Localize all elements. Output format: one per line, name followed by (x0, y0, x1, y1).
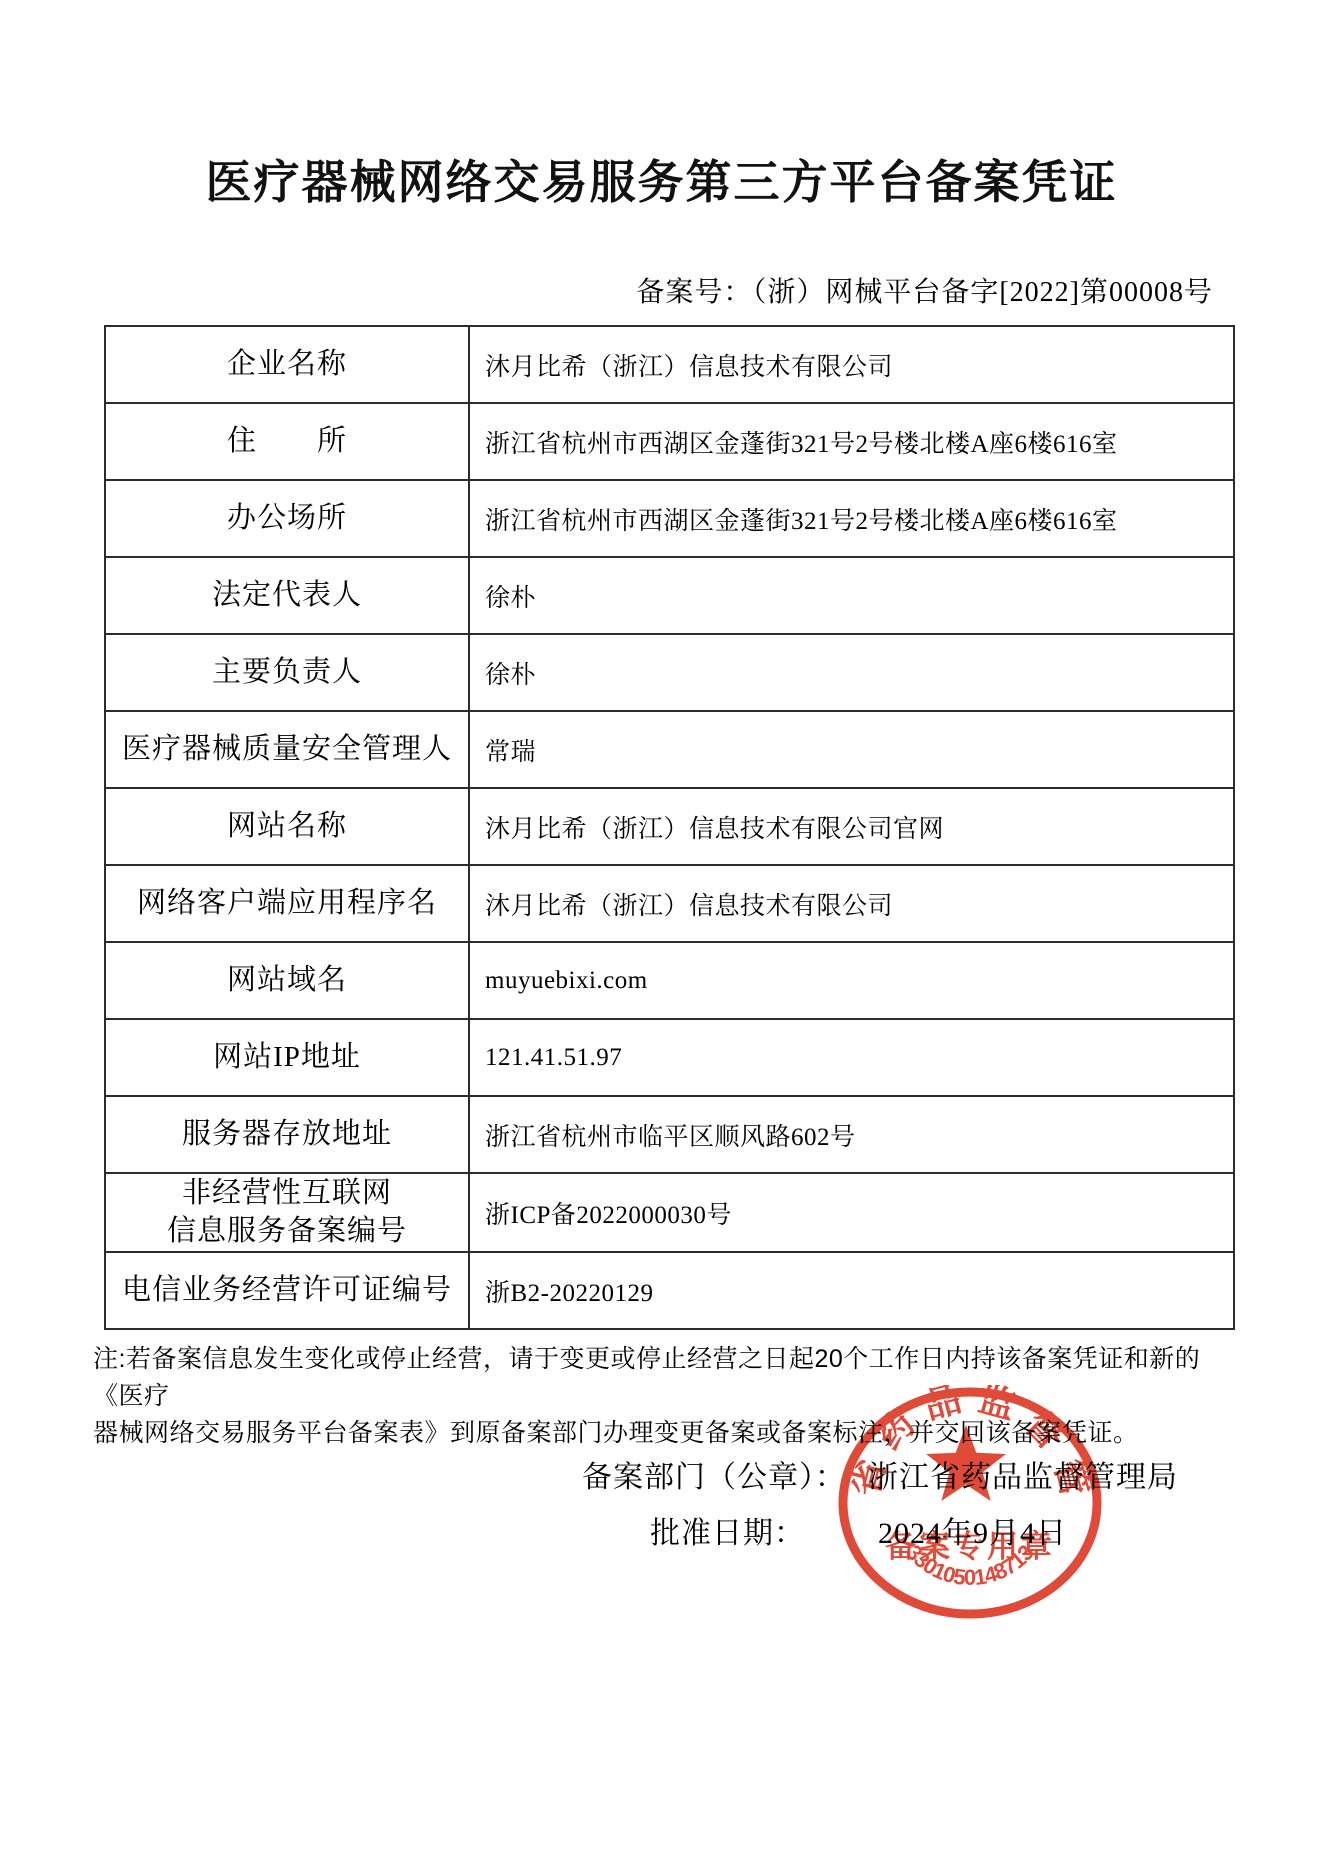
row-value: 121.41.51.97 (469, 1019, 1234, 1096)
row-label: 主要负责人 (105, 634, 469, 711)
row-label: 网络客户端应用程序名 (105, 865, 469, 942)
row-value: 沐月比希（浙江）信息技术有限公司官网 (469, 788, 1234, 865)
row-value: 徐朴 (469, 557, 1234, 634)
table-row: 法定代表人 徐朴 (105, 557, 1234, 634)
row-label: 办公场所 (105, 480, 469, 557)
certificate-page: 医疗器械网络交易服务第三方平台备案凭证 备案号：（浙）网械平台备字[2022]第… (0, 0, 1323, 1871)
row-value: 浙江省杭州市临平区顺风路602号 (469, 1096, 1234, 1173)
table-row: 网站IP地址 121.41.51.97 (105, 1019, 1234, 1096)
row-value: 浙江省杭州市西湖区金蓬街321号2号楼北楼A座6楼616室 (469, 480, 1234, 557)
row-label: 医疗器械质量安全管理人 (105, 711, 469, 788)
table-row: 办公场所 浙江省杭州市西湖区金蓬街321号2号楼北楼A座6楼616室 (105, 480, 1234, 557)
row-label: 服务器存放地址 (105, 1096, 469, 1173)
record-number-value: （浙）网械平台备字[2022]第00008号 (752, 277, 1213, 308)
row-value: muyuebixi.com (469, 942, 1234, 1019)
row-value: 常瑞 (469, 711, 1234, 788)
row-label: 网站名称 (105, 788, 469, 865)
table-row: 非经营性互联网 信息服务备案编号 浙ICP备2022000030号 (105, 1173, 1234, 1252)
table-row: 网站域名 muyuebixi.com (105, 942, 1234, 1019)
table-row: 网站名称 沐月比希（浙江）信息技术有限公司官网 (105, 788, 1234, 865)
document-title: 医疗器械网络交易服务第三方平台备案凭证 (0, 146, 1323, 212)
stamp-star-icon (926, 1425, 1006, 1501)
table-row: 电信业务经营许可证编号 浙B2-20220129 (105, 1252, 1234, 1329)
row-label: 住 所 (105, 403, 469, 480)
row-value: 徐朴 (469, 634, 1234, 711)
table-row: 网络客户端应用程序名 沐月比希（浙江）信息技术有限公司 (105, 865, 1234, 942)
row-label: 企业名称 (105, 326, 469, 403)
filing-department-label: 备案部门（公章）： (582, 1452, 846, 1496)
row-label: 网站域名 (105, 942, 469, 1019)
table-row: 服务器存放地址 浙江省杭州市临平区顺风路602号 (105, 1096, 1234, 1173)
official-stamp: 浙江省药品监督管理局 备案专用章 3301050148713 (835, 1385, 1105, 1625)
row-value: 浙江省杭州市西湖区金蓬街321号2号楼北楼A座6楼616室 (469, 403, 1234, 480)
table-row: 住 所 浙江省杭州市西湖区金蓬街321号2号楼北楼A座6楼616室 (105, 403, 1234, 480)
table-row: 企业名称 沐月比希（浙江）信息技术有限公司 (105, 326, 1234, 403)
row-label: 电信业务经营许可证编号 (105, 1252, 469, 1329)
row-value: 浙B2-20220129 (469, 1252, 1234, 1329)
row-value: 浙ICP备2022000030号 (469, 1173, 1234, 1252)
row-value: 沐月比希（浙江）信息技术有限公司 (469, 326, 1234, 403)
approval-date-label: 批准日期： (650, 1508, 805, 1552)
table-row: 医疗器械质量安全管理人 常瑞 (105, 711, 1234, 788)
row-value: 沐月比希（浙江）信息技术有限公司 (469, 865, 1234, 942)
record-number-line: 备案号：（浙）网械平台备字[2022]第00008号 (636, 270, 1213, 310)
certificate-table: 企业名称 沐月比希（浙江）信息技术有限公司 住 所 浙江省杭州市西湖区金蓬街32… (104, 325, 1235, 1330)
row-label: 法定代表人 (105, 557, 469, 634)
record-number-label: 备案号： (636, 277, 752, 308)
table-row: 主要负责人 徐朴 (105, 634, 1234, 711)
row-label: 非经营性互联网 信息服务备案编号 (105, 1173, 469, 1252)
row-label: 网站IP地址 (105, 1019, 469, 1096)
